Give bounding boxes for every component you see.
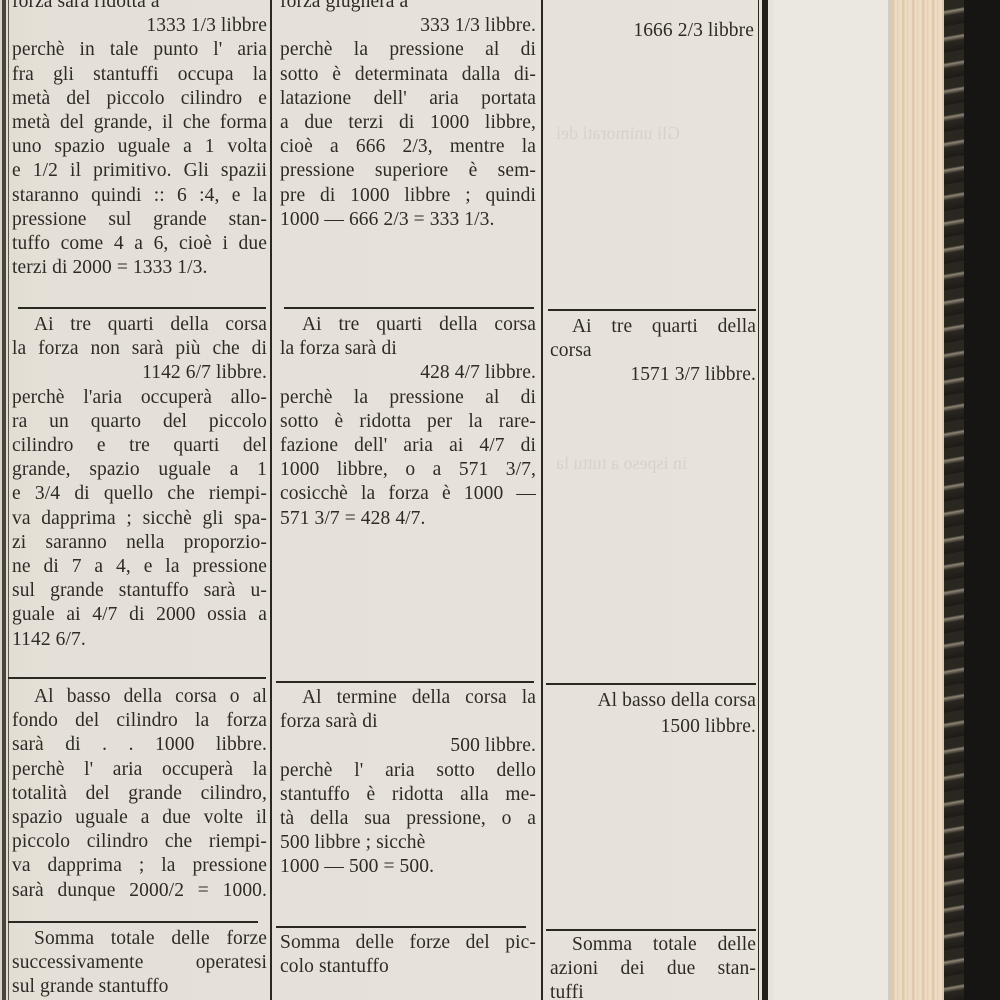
text-line: metà del piccolo cilindro e: [12, 87, 267, 111]
column-divider-2: [541, 0, 543, 1000]
cell-col1-row1: forza sarà ridotta a 1333 1/3 libbre per…: [12, 0, 267, 280]
row-divider: [284, 307, 534, 309]
text-line: perchè in tale punto l' aria: [12, 38, 267, 62]
text-line: colo stantuffo: [280, 955, 536, 979]
text-line: sotto è ridotta per la rare-: [280, 410, 536, 434]
text-line: sotto è determinata dalla di-: [280, 63, 536, 87]
text-line: spazio uguale a due volte il: [12, 806, 267, 830]
text-line: e 3/4 di quello che riempi-: [12, 482, 267, 506]
cell-col3-row1: 1666 2/3 libbre: [550, 19, 754, 43]
text-line: perchè l' aria sotto dello: [280, 759, 536, 783]
row-heading-line: Ai tre quarti della: [550, 315, 756, 339]
value-line: 1142 6/7 libbre.: [12, 361, 267, 385]
value-line: 1666 2/3 libbre: [550, 19, 754, 43]
text-line: pressione sul grande stan-: [12, 208, 267, 232]
text-line: 1000 — 666 2/3 = 333 1/3.: [280, 208, 536, 232]
row-heading-line: Somma delle forze del pic-: [280, 931, 536, 955]
row-divider: [8, 677, 266, 679]
text-line: cioè a 666 2/3, mentre la: [280, 135, 536, 159]
text-line: latazione dell' aria portata: [280, 87, 536, 111]
text-line: la forza non sarà più che di: [12, 337, 267, 361]
text-line: la forza sarà di: [280, 337, 536, 361]
text-line: perchè l' aria occuperà la: [12, 758, 267, 782]
text-line: 1142 6/7.: [12, 628, 267, 652]
left-border-rule: [2, 0, 6, 1000]
column-divider-1: [270, 0, 272, 1000]
text-line: sarà dunque 2000/2 = 1000.: [12, 879, 267, 903]
value-line: 333 1/3 libbre.: [280, 14, 536, 38]
row-heading-line: Al basso della corsa: [550, 689, 756, 713]
text-line: sul grande stantuffo: [12, 975, 267, 999]
marbled-edge: [944, 0, 964, 1000]
text-line: terzi di 2000 = 1333 1/3.: [12, 256, 267, 280]
text-line: 1000 libbre, o a 571 3/7,: [280, 458, 536, 482]
book-cover: [964, 0, 1000, 1000]
value-line: 1500 libbre.: [550, 715, 756, 739]
text-line: fondo del cilindro la forza: [12, 709, 267, 733]
text-line: cilindro e tre quarti del: [12, 434, 267, 458]
value-line: 1333 1/3 libbre: [12, 14, 267, 38]
text-line: forza sarà di: [280, 710, 536, 734]
text-line: fra gli stantuffi occupa la: [12, 63, 267, 87]
text-line: sul grande stantuffo sarà u-: [12, 579, 267, 603]
row-heading-line: Somma totale delle forze: [12, 927, 267, 951]
cell-col1-row2: Ai tre quarti della corsa la forza non s…: [12, 313, 267, 652]
cell-col2-row4: Somma delle forze del pic- colo stantuff…: [280, 931, 536, 979]
right-inner-rule: [758, 0, 759, 1000]
row-heading-line: Al basso della corsa o al: [12, 685, 267, 709]
row-divider: [276, 681, 534, 683]
text-line: tuffi: [550, 981, 756, 1000]
row-heading-line: Somma totale delle: [550, 933, 756, 957]
cell-col1-row4: Somma totale delle forze successivamente…: [12, 927, 267, 1000]
text-line: metà del grande, il che forma: [12, 111, 267, 135]
row-divider: [548, 309, 756, 311]
page-margin: [774, 0, 888, 1000]
text-line: ne di 7 a 4, e la pressione: [12, 555, 267, 579]
cell-col3-row4: Somma totale delle azioni dei due stan- …: [550, 933, 756, 1000]
cell-col2-row3: Al termine della corsa la forza sarà di …: [280, 686, 536, 880]
text-line: zi saranno nella proporzio-: [12, 531, 267, 555]
text-line: grande, spazio uguale a 1: [12, 458, 267, 482]
text-line: azioni dei due stan-: [550, 957, 756, 981]
row-divider: [18, 307, 266, 309]
text-line: perchè la pressione al di: [280, 38, 536, 62]
value-line: sarà di . . 1000 libbre.: [12, 733, 267, 757]
cell-col2-row1: forza giugnerà a 333 1/3 libbre. perchè …: [280, 0, 536, 232]
text-line: cosicchè la forza è 1000 —: [280, 482, 536, 506]
text-line: successivamente operatesi: [12, 951, 267, 975]
cell-col3-row2: Ai tre quarti della corsa 1571 3/7 libbr…: [550, 315, 756, 388]
value-line: 1571 3/7 libbre.: [550, 363, 756, 387]
text-line: stantuffo è ridotta alla me-: [280, 783, 536, 807]
bleed-through-text: Gli unimorati dei: [556, 120, 680, 146]
text-line: forza sarà ridotta a: [12, 0, 267, 14]
text-line: totalità del grande cilindro,: [12, 782, 267, 806]
text-line: tuffo come 4 a 6, cioè i due: [12, 232, 267, 256]
row-heading-line: Al termine della corsa la: [280, 686, 536, 710]
text-line: staranno quindi :: 6 :4, e la: [12, 184, 267, 208]
text-line: perchè la pressione al di: [280, 386, 536, 410]
text-line: e 1/2 il primitivo. Gli spazii: [12, 159, 267, 183]
text-line: forza giugnerà a: [280, 0, 536, 14]
text-line: ra un quarto del piccolo: [12, 410, 267, 434]
value-line: 500 libbre.: [280, 734, 536, 758]
page-edges: [888, 0, 944, 1000]
text-line: tà della sua pressione, o a: [280, 807, 536, 831]
text-line: 571 3/7 = 428 4/7.: [280, 507, 536, 531]
row-divider: [276, 926, 526, 928]
row-divider: [546, 683, 756, 685]
text-line: va dapprima ; la pressione: [12, 854, 267, 878]
text-line: perchè l'aria occuperà allo-: [12, 386, 267, 410]
text-line: va dapprima ; sicchè gli spa-: [12, 507, 267, 531]
text-line: pre di 1000 libbre ; quindi: [280, 184, 536, 208]
left-inner-rule: [8, 0, 9, 1000]
bleed-through-text: in ispeso a tuttu la: [556, 450, 687, 476]
text-line: 500 libbre ; sicchè: [280, 831, 536, 855]
text-line: pressione superiore è sem-: [280, 159, 536, 183]
row-heading-line: Ai tre quarti della corsa: [280, 313, 536, 337]
row-divider: [8, 921, 258, 923]
cell-col2-row2: Ai tre quarti della corsa la forza sarà …: [280, 313, 536, 531]
text-line: guale ai 4/7 di 2000 ossia a: [12, 603, 267, 627]
right-border-rule: [762, 0, 768, 1000]
row-heading-line: Ai tre quarti della corsa: [12, 313, 267, 337]
text-line: a due terzi di 1000 libbre,: [280, 111, 536, 135]
text-line: piccolo cilindro che riempi-: [12, 830, 267, 854]
row-divider: [546, 929, 756, 931]
text-line: corsa: [550, 339, 756, 363]
text-line: uno spazio uguale a 1 volta: [12, 135, 267, 159]
text-line: fazione dell' aria ai 4/7 di: [280, 434, 536, 458]
cell-col1-row3: Al basso della corsa o al fondo del cili…: [12, 685, 267, 903]
cell-col3-row3: Al basso della corsa 1500 libbre.: [550, 689, 756, 739]
value-line: 428 4/7 libbre.: [280, 361, 536, 385]
text-line: 1000 — 500 = 500.: [280, 855, 536, 879]
